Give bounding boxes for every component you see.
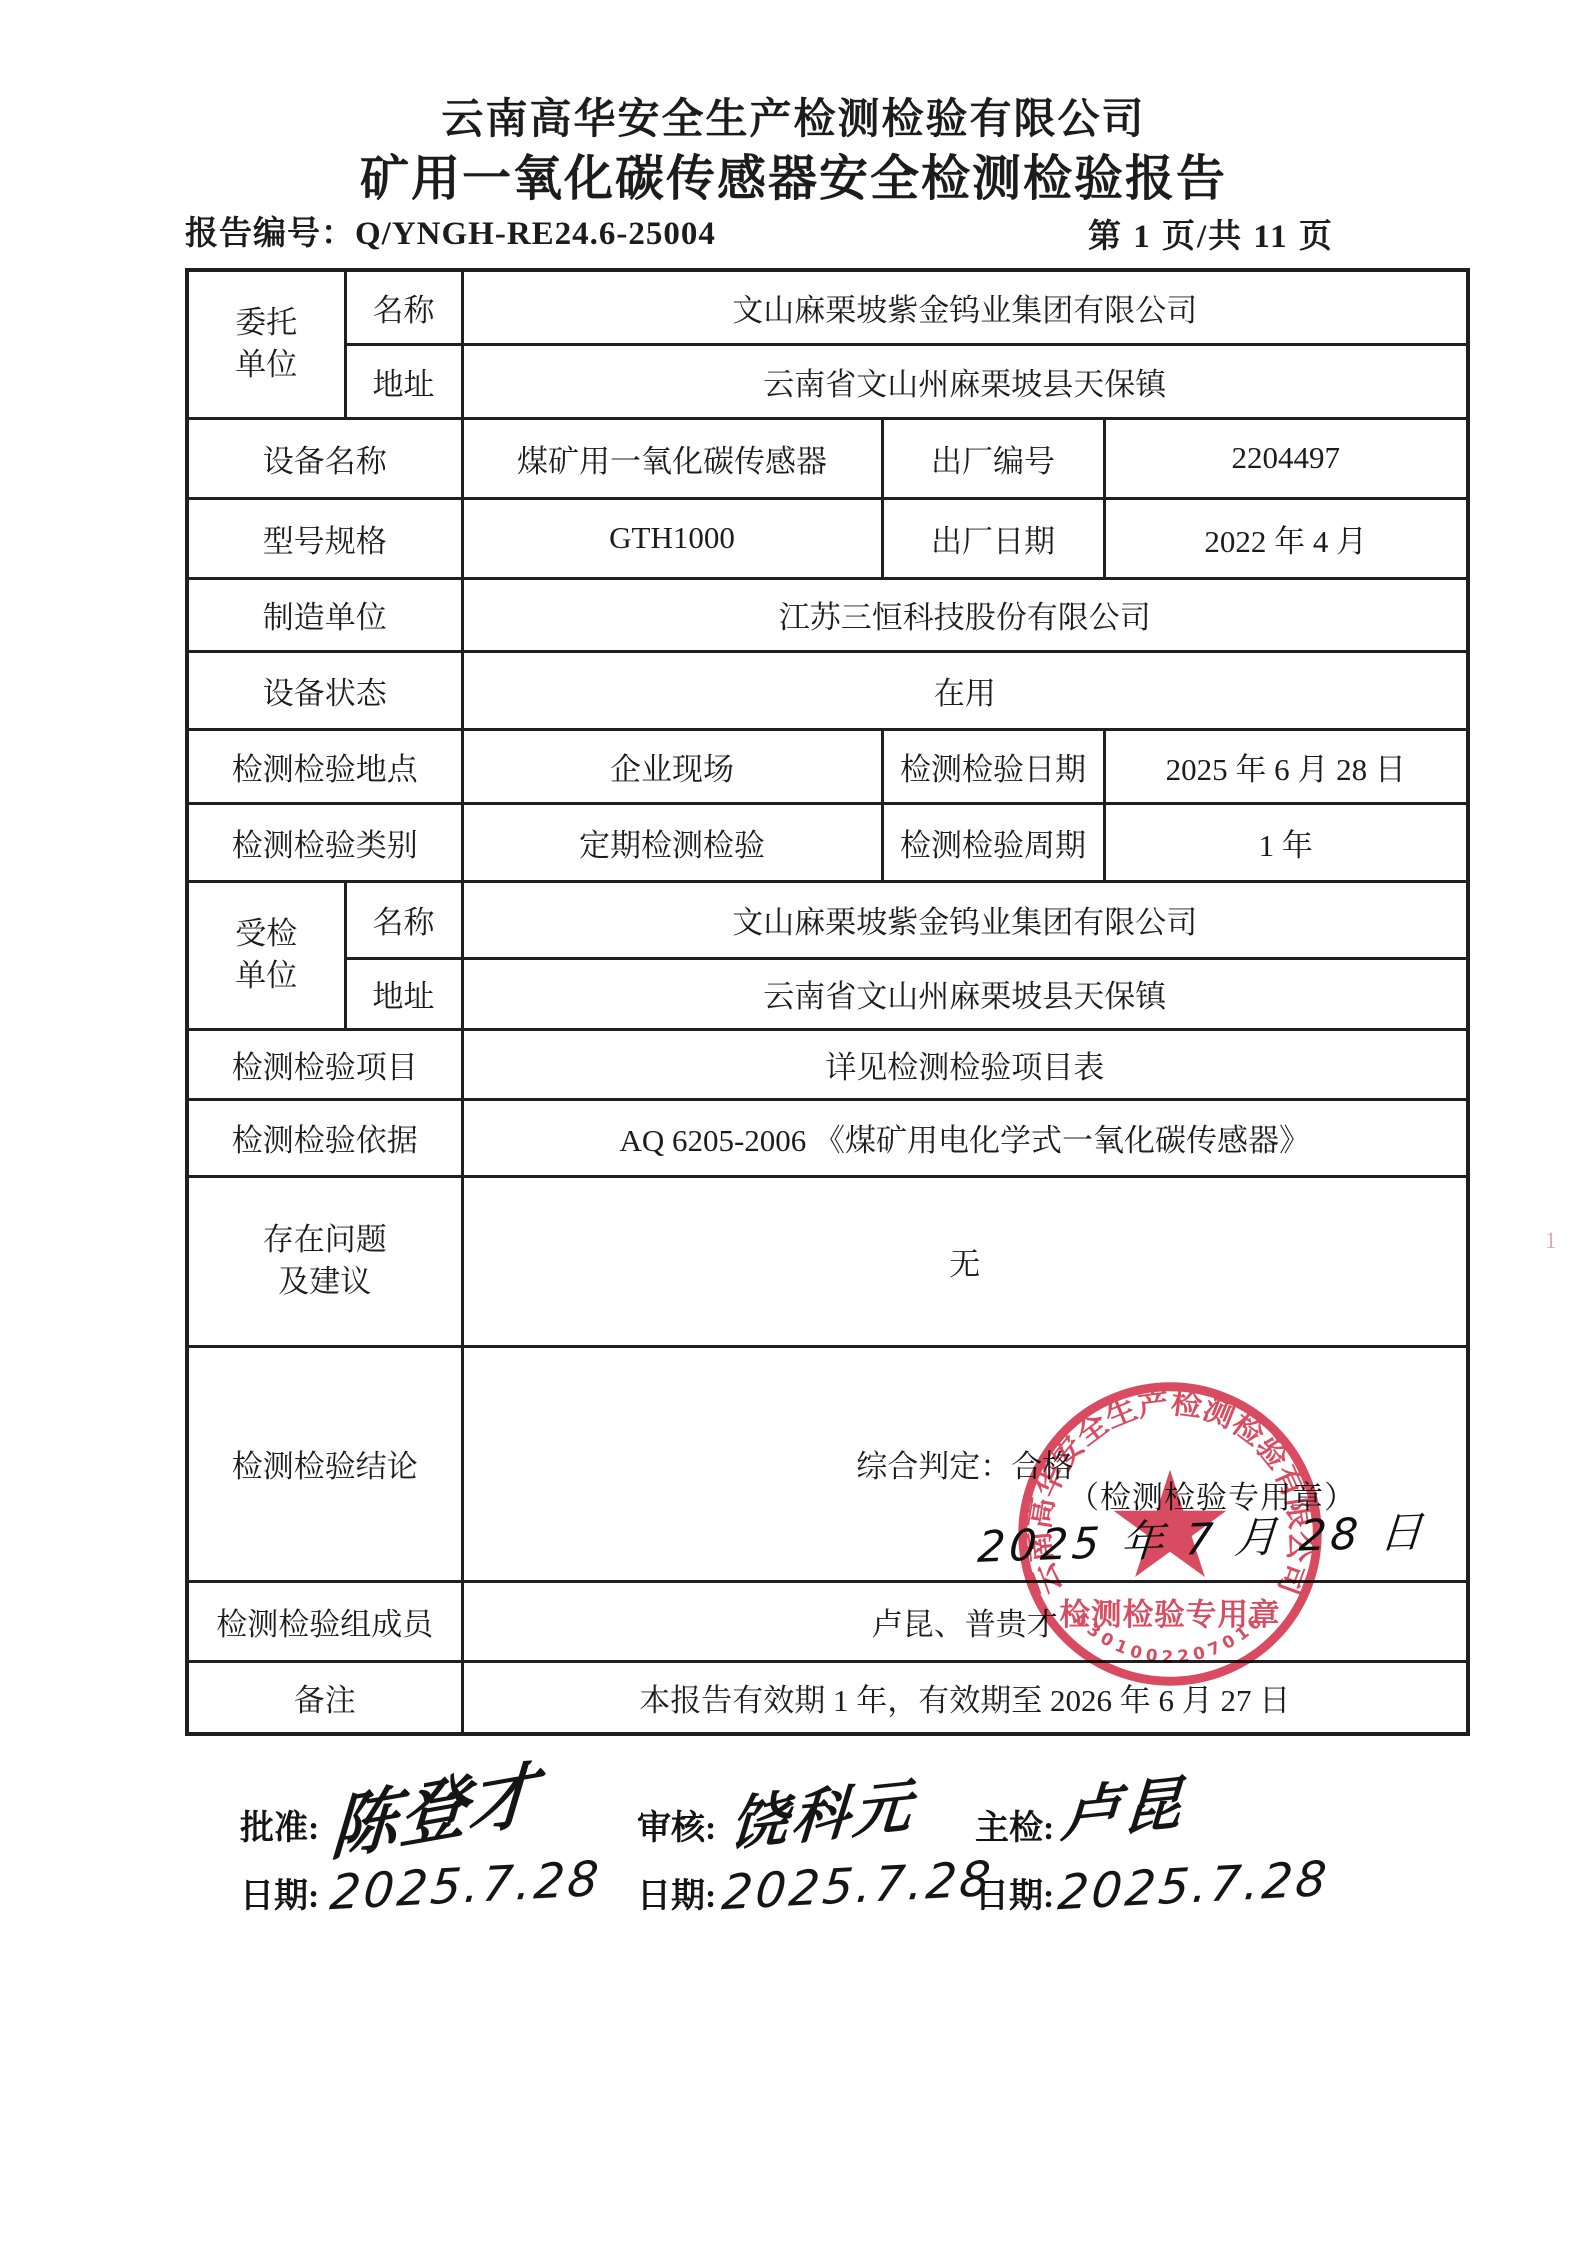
location-label: 检测检验地点: [187, 729, 462, 803]
table-row: 地址 云南省文山州麻栗坡县天保镇: [187, 344, 1468, 418]
inspection-date-label: 检测检验日期: [882, 729, 1104, 803]
factory-date-value: 2022 年 4 月: [1104, 498, 1468, 578]
items-label: 检测检验项目: [187, 1029, 462, 1099]
page-indicator: 第 1 页/共 11 页: [1088, 210, 1334, 257]
basis-label: 检测检验依据: [187, 1099, 462, 1176]
factory-date-label: 出厂日期: [882, 498, 1104, 578]
inspected-group-line2: 单位: [235, 958, 297, 993]
report-number-value: Q/YNGH-RE24.6-25004: [355, 216, 716, 252]
client-group-line2: 单位: [235, 347, 297, 382]
inspected-address-value: 云南省文山州麻栗坡县天保镇: [462, 958, 1468, 1029]
review-date-value: 2025.7.28: [720, 1851, 996, 1922]
table-row: 检测检验类别 定期检测检验 检测检验周期 1 年: [187, 803, 1468, 881]
status-label: 设备状态: [187, 651, 462, 729]
table-row: 受检单位 名称 文山麻栗坡紫金钨业集团有限公司: [187, 881, 1468, 958]
client-name-value: 文山麻栗坡紫金钨业集团有限公司: [462, 270, 1468, 344]
problems-label-line1: 存在问题: [263, 1222, 387, 1257]
client-address-label: 地址: [345, 344, 462, 418]
table-row: 检测检验依据 AQ 6205-2006 《煤矿用电化学式一氧化碳传感器》: [187, 1099, 1468, 1176]
table-row: 设备状态 在用: [187, 651, 1468, 729]
inspected-group-line1: 受检: [235, 916, 297, 951]
device-name-label: 设备名称: [187, 418, 462, 498]
factory-no-label: 出厂编号: [882, 418, 1104, 498]
margin-page-mark: 1: [1545, 1228, 1557, 1254]
client-group-label: 委托单位: [187, 270, 345, 418]
report-number-label: 报告编号：: [185, 216, 355, 252]
table-row: 地址 云南省文山州麻栗坡县天保镇: [187, 958, 1468, 1029]
manufacturer-value: 江苏三恒科技股份有限公司: [462, 578, 1468, 651]
table-row: 型号规格 GTH1000 出厂日期 2022 年 4 月: [187, 498, 1468, 578]
model-label: 型号规格: [187, 498, 462, 578]
model-value: GTH1000: [462, 498, 882, 578]
remarks-label: 备注: [187, 1661, 462, 1734]
review-date-label: 日期:: [637, 1868, 716, 1917]
inspected-name-value: 文山麻栗坡紫金钨业集团有限公司: [462, 881, 1468, 958]
approve-label: 批准:: [240, 1800, 319, 1849]
inspected-name-label: 名称: [345, 881, 462, 958]
problems-label-line2: 及建议: [278, 1264, 371, 1299]
conclusion-label: 检测检验结论: [187, 1346, 462, 1581]
team-label: 检测检验组成员: [187, 1581, 462, 1661]
company-title: 云南高华安全生产检测检验有限公司: [0, 86, 1587, 146]
cycle-value: 1 年: [1104, 803, 1468, 881]
category-label: 检测检验类别: [187, 803, 462, 881]
basis-value: AQ 6205-2006 《煤矿用电化学式一氧化碳传感器》: [462, 1099, 1468, 1176]
report-number-line: 报告编号：Q/YNGH-RE24.6-25004: [185, 207, 716, 254]
chief-date-value: 2025.7.28: [1056, 1851, 1332, 1922]
table-row: 委托单位 名称 文山麻栗坡紫金钨业集团有限公司: [187, 270, 1468, 344]
table-row: 检测检验地点 企业现场 检测检验日期 2025 年 6 月 28 日: [187, 729, 1468, 803]
chief-signature: 卢昆: [1059, 1755, 1188, 1853]
manufacturer-label: 制造单位: [187, 578, 462, 651]
inspection-date-value: 2025 年 6 月 28 日: [1104, 729, 1468, 803]
client-name-label: 名称: [345, 270, 462, 344]
report-title: 矿用一氧化碳传感器安全检测检验报告: [0, 140, 1587, 210]
device-name-value: 煤矿用一氧化碳传感器: [462, 418, 882, 498]
location-value: 企业现场: [462, 729, 882, 803]
inspected-address-label: 地址: [345, 958, 462, 1029]
review-signature: 饶科元: [728, 1758, 919, 1863]
approve-signature: 陈登才: [328, 1738, 542, 1874]
problems-label: 存在问题及建议: [187, 1176, 462, 1346]
status-value: 在用: [462, 651, 1468, 729]
factory-no-value: 2204497: [1104, 418, 1468, 498]
approve-date-label: 日期:: [240, 1868, 319, 1917]
table-row: 存在问题及建议 无: [187, 1176, 1468, 1346]
review-label: 审核:: [637, 1800, 716, 1849]
items-value: 详见检测检验项目表: [462, 1029, 1468, 1099]
chief-date-label: 日期:: [975, 1868, 1054, 1917]
chief-label: 主检:: [975, 1800, 1054, 1849]
table-row: 设备名称 煤矿用一氧化碳传感器 出厂编号 2204497: [187, 418, 1468, 498]
problems-value: 无: [462, 1176, 1468, 1346]
table-row: 检测检验项目 详见检测检验项目表: [187, 1029, 1468, 1099]
inspected-group-label: 受检单位: [187, 881, 345, 1029]
client-group-line1: 委托: [235, 305, 297, 340]
client-address-value: 云南省文山州麻栗坡县天保镇: [462, 344, 1468, 418]
cycle-label: 检测检验周期: [882, 803, 1104, 881]
table-row: 制造单位 江苏三恒科技股份有限公司: [187, 578, 1468, 651]
document-page: 云南高华安全生产检测检验有限公司 矿用一氧化碳传感器安全检测检验报告 报告编号：…: [0, 0, 1587, 2244]
category-value: 定期检测检验: [462, 803, 882, 881]
